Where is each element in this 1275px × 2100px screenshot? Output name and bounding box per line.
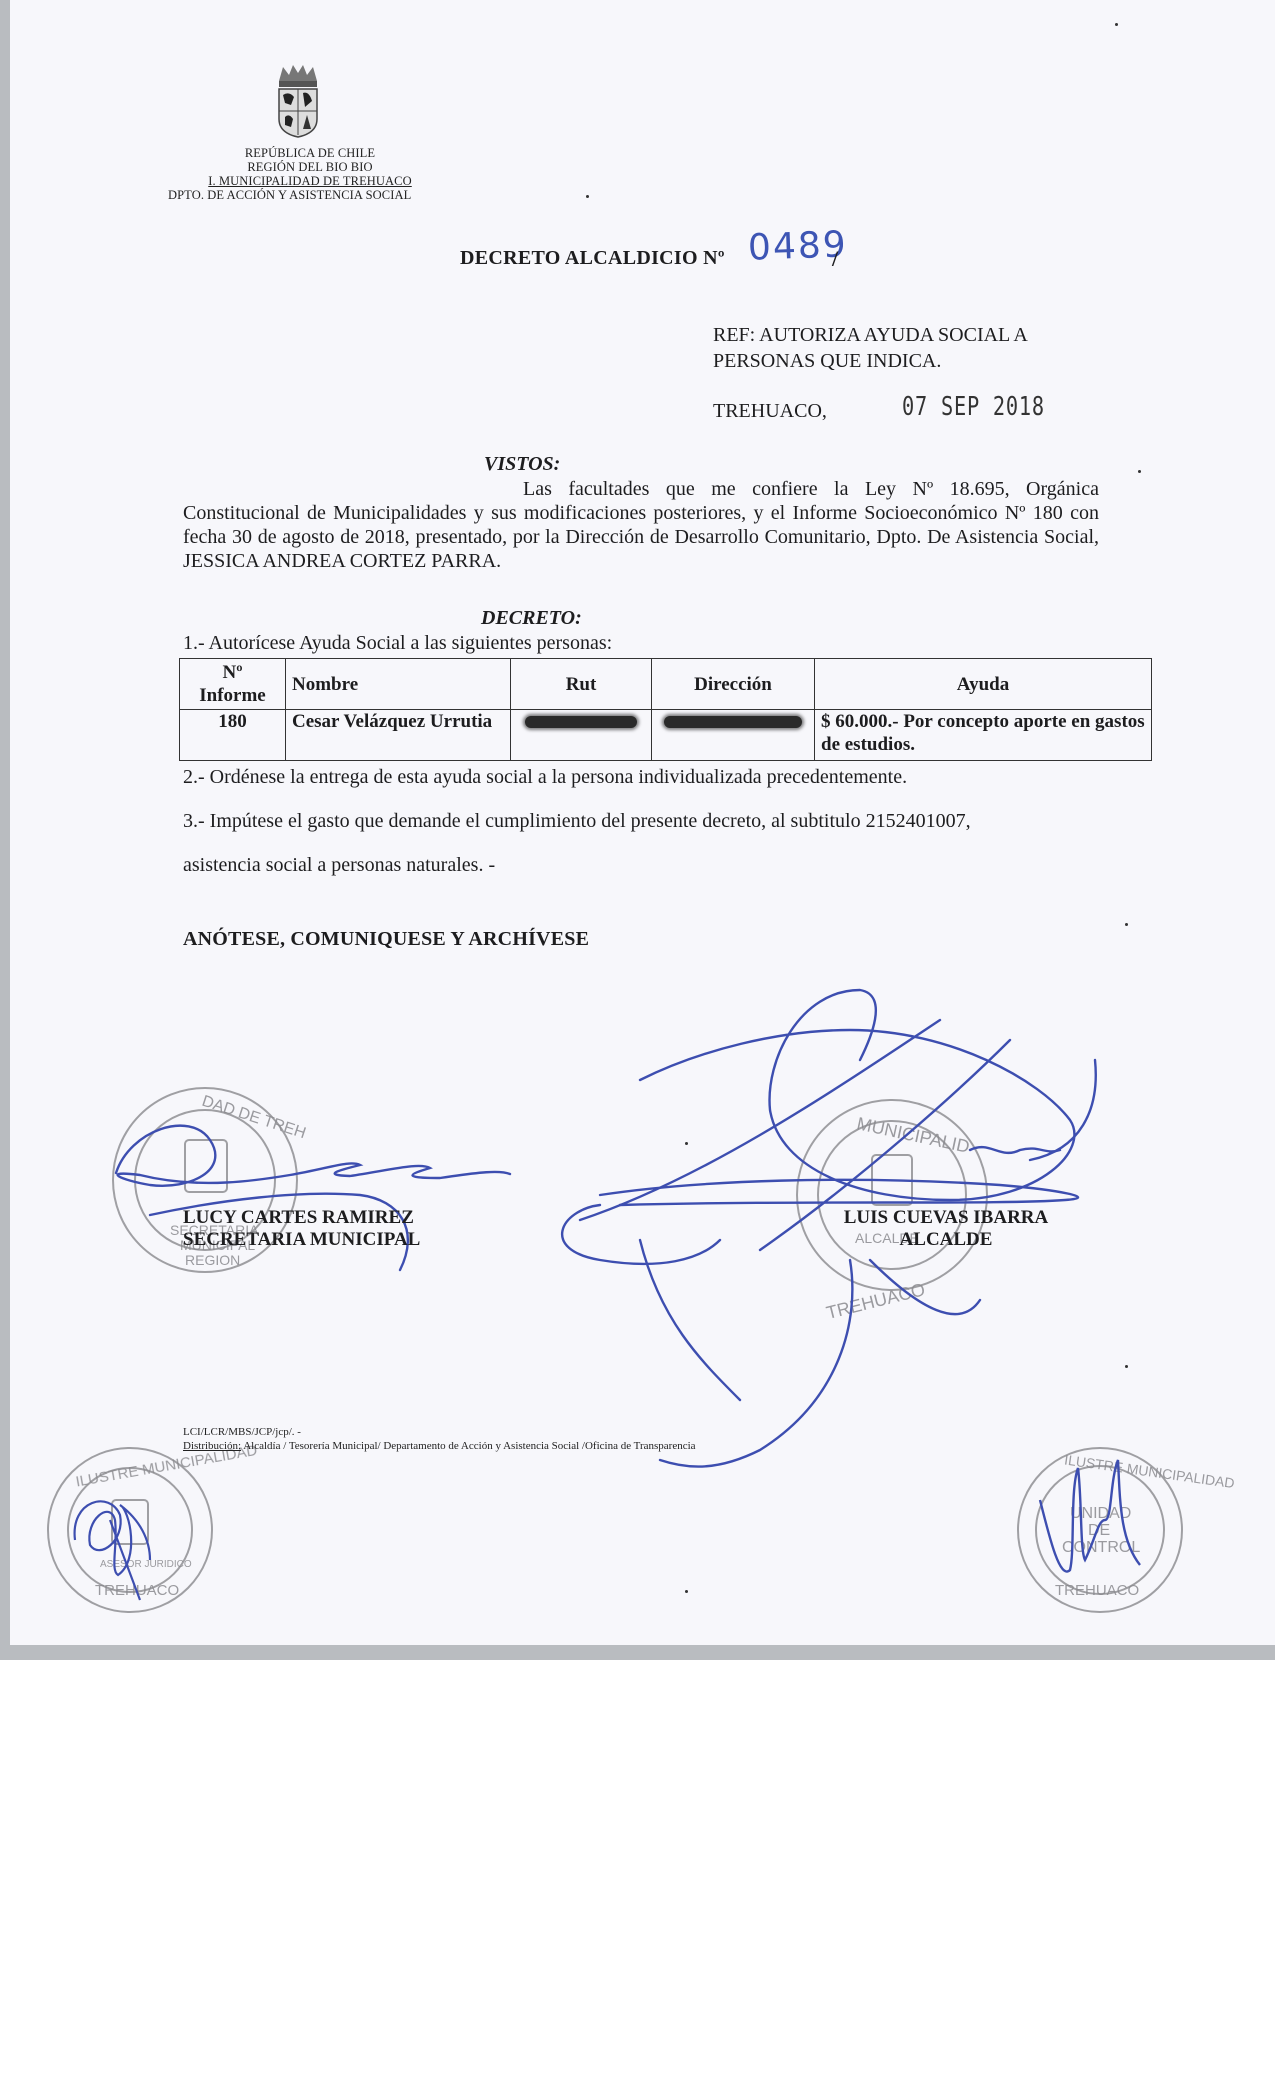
- svg-text:DAD DE TREH: DAD DE TREH: [200, 1093, 308, 1143]
- scan-speck: [1115, 23, 1118, 26]
- footer-references: LCI/LCR/MBS/JCP/jcp/. - Distribución: Al…: [183, 1425, 696, 1453]
- scan-speck: [1138, 470, 1141, 473]
- scan-speck: [1125, 1365, 1128, 1368]
- signatory-left-name: LUCY CARTES RAMIREZ: [183, 1207, 420, 1229]
- footer-distribution: Distribución: Alcaldía / Tesorería Munic…: [183, 1439, 696, 1453]
- svg-text:TREHUACO: TREHUACO: [1055, 1582, 1139, 1599]
- scan-speck: [685, 1142, 688, 1145]
- stamps-and-signatures: DAD DE TREH SECRETARIA MUNICIPAL REGION …: [0, 0, 1275, 1660]
- scan-speck: [586, 195, 589, 198]
- distribution-label: Distribución:: [183, 1440, 241, 1452]
- scan-speck: [685, 1590, 688, 1593]
- distribution-text: Alcaldía / Tesorería Municipal/ Departam…: [241, 1440, 695, 1452]
- scan-speck: [1125, 923, 1128, 926]
- signatory-left-role: SECRETARIA MUNICIPAL: [183, 1229, 420, 1251]
- svg-text:MUNICIPALID: MUNICIPALID: [855, 1113, 971, 1156]
- signatory-right: LUIS CUEVAS IBARRA ALCALDE: [826, 1207, 1066, 1251]
- signatory-right-role: ALCALDE: [826, 1229, 1066, 1251]
- footer-initials: LCI/LCR/MBS/JCP/jcp/. -: [183, 1425, 696, 1439]
- svg-text:REGION: REGION: [185, 1252, 240, 1268]
- signatory-right-name: LUIS CUEVAS IBARRA: [826, 1207, 1066, 1229]
- signatory-left: LUCY CARTES RAMIREZ SECRETARIA MUNICIPAL: [183, 1207, 420, 1251]
- svg-text:TREHUACO: TREHUACO: [824, 1279, 927, 1323]
- svg-text:ILUSTRE MUNICIPALIDAD: ILUSTRE MUNICIPALIDAD: [1063, 1451, 1235, 1491]
